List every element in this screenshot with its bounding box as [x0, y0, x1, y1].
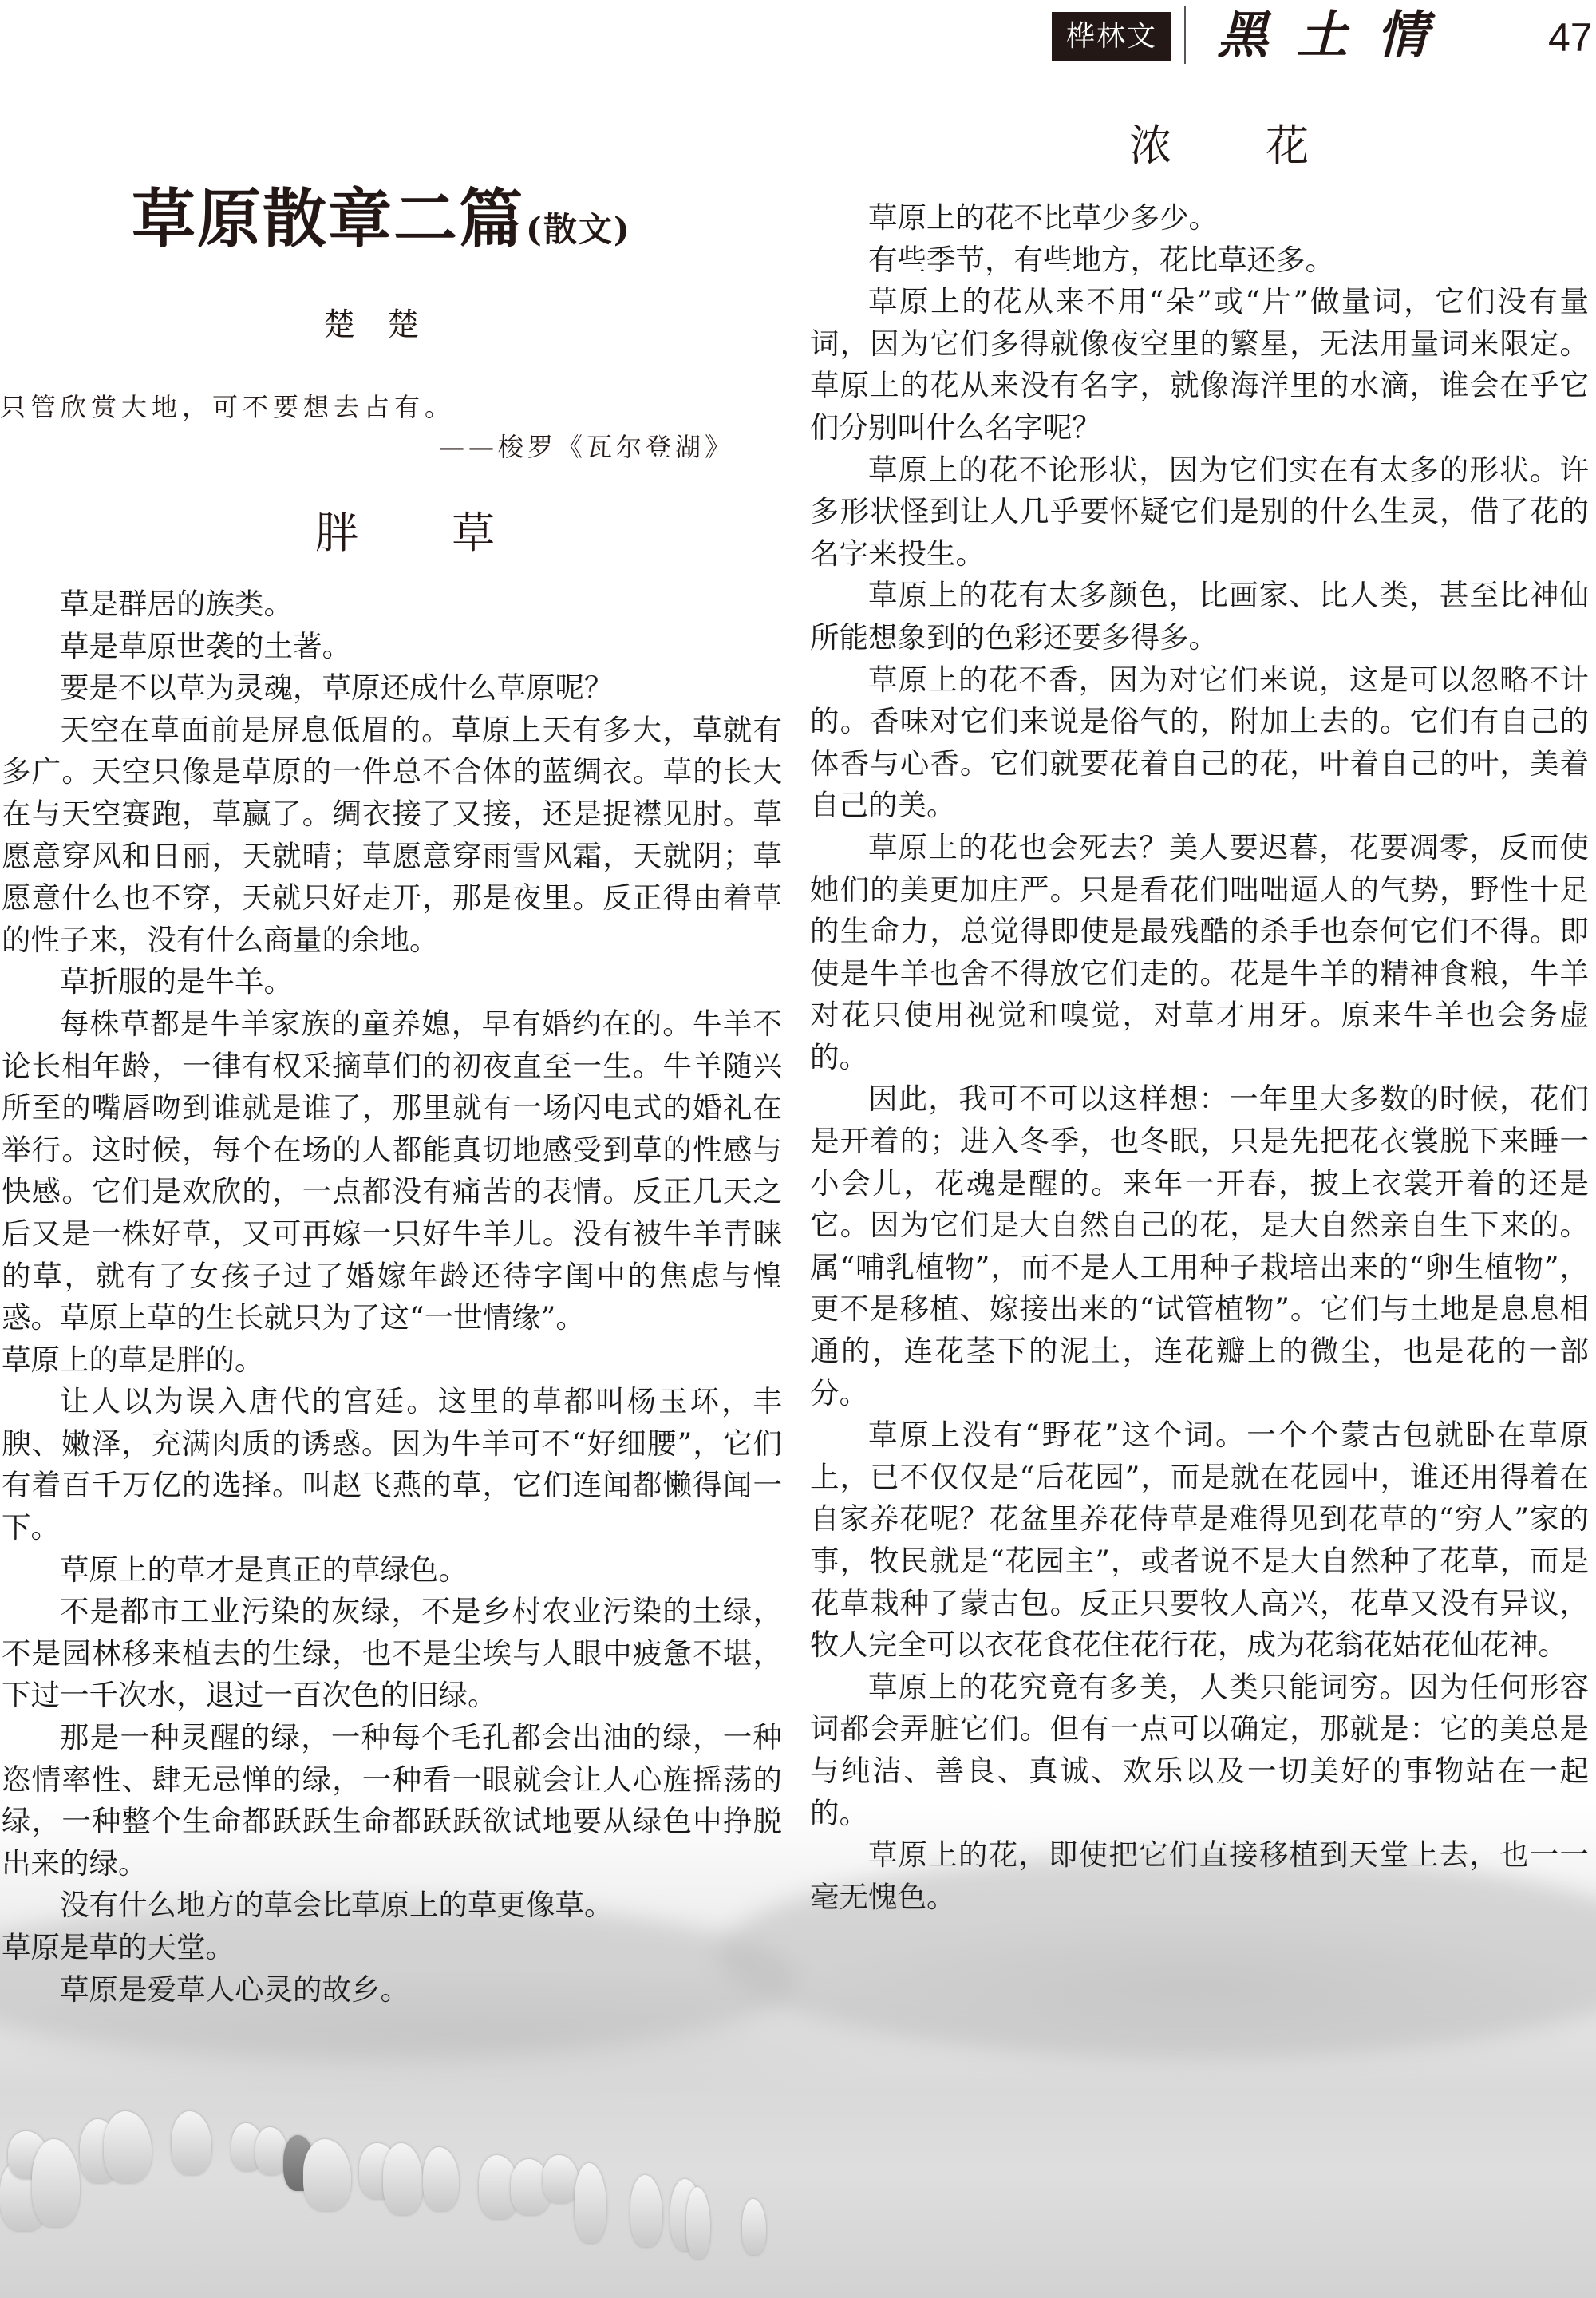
sheep	[686, 2187, 710, 2259]
paragraph: 草原上的花不比草少多少。	[810, 197, 1589, 239]
paragraph: 草折服的是牛羊。	[2, 961, 782, 1003]
sheep	[303, 2139, 351, 2211]
paragraph: 那是一种灵醒的绿，一种每个毛孔都会出油的绿，一种恣情率性、肆无忌惮的绿，一种看一…	[2, 1717, 782, 1885]
section-title-nonghua: 浓 花	[1129, 112, 1349, 173]
sheep	[383, 2143, 423, 2215]
paragraph: 草是草原世袭的土著。	[2, 626, 782, 668]
epigraph: 只管欣赏大地，可不要想去占有。	[0, 387, 455, 424]
sheep	[742, 2199, 766, 2255]
paragraph: 没有什么地方的草会比草原上的草更像草。	[2, 1885, 782, 1927]
section-nonghua-body: 草原上的花不比草少多少。 有些季节，有些地方，花比草还多。 草原上的花从来不用“…	[810, 197, 1589, 1918]
section-pangcao-body: 草是群居的族类。 草是草原世袭的土著。 要是不以草为灵魂，草原还成什么草原呢？ …	[2, 583, 782, 2011]
paragraph: 不是都市工业污染的灰绿，不是乡村农业污染的土绿，不是园林移来植去的生绿，也不是尘…	[2, 1591, 782, 1717]
paragraph: 草原上的花不香，因为对它们来说，这是可以忽略不计的。香味对它们来说是俗气的，附加…	[810, 659, 1589, 827]
header-divider	[1184, 6, 1186, 64]
article-title: 草原散章二篇(散文)	[132, 168, 631, 259]
sheep	[255, 2127, 287, 2175]
author-name: 楚楚	[323, 299, 451, 345]
paragraph: 草原上没有“野花”这个词。一个个蒙古包就卧在草原上，已不仅仅是“后花园”，而是就…	[810, 1414, 1589, 1667]
article-title-text: 草原散章二篇	[132, 181, 524, 256]
paragraph: 天空在草面前是屏息低眉的。草原上天有多大，草就有多广。天空只像是草原的一件总不合…	[2, 710, 782, 962]
paragraph: 草原是草的天堂。	[2, 1927, 782, 1969]
section-title-pangcao: 胖 草	[315, 499, 535, 560]
column-tag: 桦林文苑	[1052, 12, 1171, 61]
sheep	[575, 2163, 606, 2243]
sheep	[172, 2111, 211, 2175]
paragraph: 要是不以草为灵魂，草原还成什么草原呢？	[2, 667, 782, 710]
paragraph: 每株草都是牛羊家族的童养媳，早有婚约在的。牛羊不论长相年龄，一律有权采摘草们的初…	[2, 1003, 782, 1339]
paragraph: 因此，我可不可以这样想：一年里大多数的时候，花们是开着的；进入冬季，也冬眠，只是…	[810, 1078, 1589, 1414]
sheep	[104, 2111, 152, 2183]
magazine-logo: 黑土情	[1217, 5, 1480, 67]
paragraph: 草原上的花究竟有多美，人类只能词穷。因为任何形容词都会弄脏它们。但有一点可以确定…	[810, 1667, 1589, 1834]
epigraph-source: ——梭罗《瓦尔登湖》	[223, 427, 734, 464]
paragraph: 让人以为误入唐代的宫廷。这里的草都叫杨玉环，丰腴、嫩泽，充满肉质的诱惑。因为牛羊…	[2, 1381, 782, 1548]
paragraph: 草原上的花有太多颜色，比画家、比人类，甚至比神仙所能想象到的色彩还要多得多。	[810, 575, 1589, 659]
paragraph: 草原上的草是胖的。	[2, 1339, 782, 1382]
sheep	[32, 2139, 80, 2227]
sheep	[630, 2175, 662, 2247]
paragraph: 有些季节，有些地方，花比草还多。	[810, 239, 1589, 282]
paragraph: 草原上的草才是真正的草绿色。	[2, 1549, 782, 1592]
paragraph: 草原上的花，即使把它们直接移植到天堂上去，也一一毫无愧色。	[810, 1834, 1589, 1918]
paragraph: 草原是爱草人心灵的故乡。	[2, 1969, 782, 2011]
paragraph: 草原上的花从来不用“朵”或“片”做量词，它们没有量词，因为它们多得就像夜空里的繁…	[810, 281, 1589, 449]
paragraph: 草是群居的族类。	[2, 583, 782, 626]
paragraph: 草原上的花不论形状，因为它们实在有太多的形状。许多形状怪到让人几乎要怀疑它们是别…	[810, 449, 1589, 575]
article-genre: (散文)	[526, 210, 631, 249]
sheep	[423, 2147, 459, 2211]
page-number: 47	[1548, 14, 1593, 61]
paragraph: 草原上的花也会死去？美人要迟暮，花要凋零，反而使她们的美更加庄严。只是看花们咄咄…	[810, 827, 1589, 1079]
sheep	[543, 2155, 579, 2203]
